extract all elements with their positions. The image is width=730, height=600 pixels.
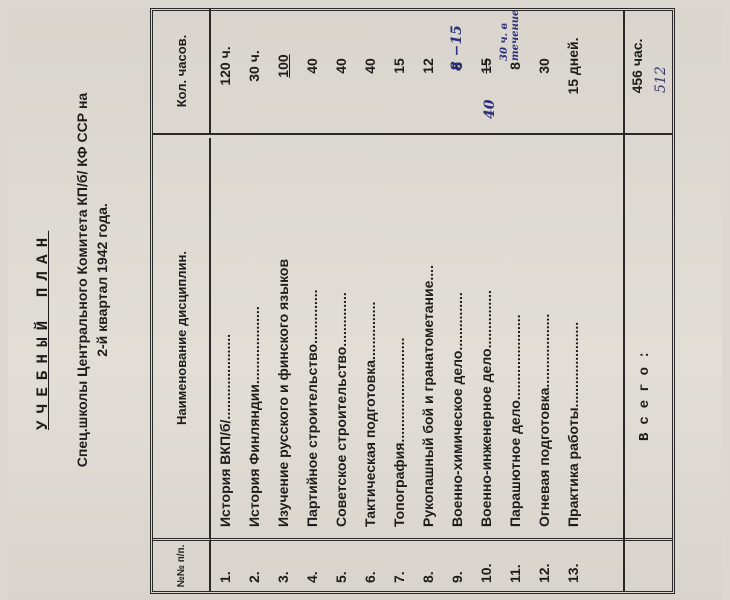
table-row: 6.Тактическая подготовка...............4… <box>362 11 391 591</box>
discipline-name: Парашютное дело...................... <box>507 147 523 527</box>
table-row: 1.История ВКП/б/......................12… <box>217 11 246 591</box>
discipline-name: Военно-химическое дело............... <box>449 147 465 527</box>
row-number: 5. <box>333 545 349 583</box>
discipline-name: Топография........................... <box>391 147 407 527</box>
handwritten-note: 8 −15 <box>449 25 465 71</box>
row-number: 12. <box>536 545 552 583</box>
row-number: 7. <box>391 545 407 583</box>
table-row: 3.Изучение русского и финского языков100 <box>275 11 304 591</box>
discipline-name: Военно-инженерное дело............... <box>478 147 494 527</box>
hours-value: 40 <box>362 11 378 121</box>
hours-value: 100 <box>275 11 291 121</box>
total-value: 456 час. <box>629 11 645 121</box>
hours-value: 40 <box>333 11 349 121</box>
row-number: 1. <box>217 545 233 583</box>
header-number: №№ п/п. <box>153 538 211 591</box>
row-number: 3. <box>275 545 291 583</box>
hours-value: 12 <box>420 11 436 121</box>
table-row: 10.Военно-инженерное дело...............… <box>478 11 507 591</box>
hours-value: 120 ч. <box>217 11 233 121</box>
discipline-name: Советское строительство.............. <box>333 147 349 527</box>
discipline-name: Тактическая подготовка............... <box>362 147 378 527</box>
row-number: 10. <box>478 545 494 583</box>
row-number: 13. <box>565 545 581 583</box>
curriculum-table: №№ п/п. Наименование дисциплин. Кол. час… <box>150 8 675 594</box>
discipline-name: Партийное строительство.............. <box>304 147 320 527</box>
row-number: 8. <box>420 545 436 583</box>
total-divider <box>623 11 625 591</box>
table-body: 1.История ВКП/б/......................12… <box>217 11 594 591</box>
total-handwritten: 512 <box>653 66 669 93</box>
table-row: 4.Партийное строительство..............4… <box>304 11 333 591</box>
hours-value: 40 <box>304 11 320 121</box>
discipline-name: Рукопашный бой и гранатометание.... <box>420 147 436 527</box>
table-row: 9.Военно-химическое дело...............8… <box>449 11 478 591</box>
row-number: 6. <box>362 545 378 583</box>
row-number: 9. <box>449 545 465 583</box>
header-hours: Кол. часов. <box>153 9 211 135</box>
discipline-name: Огневая подготовка................... <box>536 147 552 527</box>
row-number: 11. <box>507 545 523 583</box>
discipline-name: История ВКП/б/...................... <box>217 147 233 527</box>
discipline-name: Практика работы...................... <box>565 147 581 527</box>
handwritten-note: 40 <box>482 100 498 119</box>
document-page: УЧЕБНЫЙ ПЛАН Спец.школы Центрального Ком… <box>0 0 730 600</box>
document-title: УЧЕБНЫЙ ПЛАН <box>34 231 52 430</box>
header-discipline: Наименование дисциплин. <box>153 138 211 538</box>
hours-value: 15 дней. <box>565 11 581 121</box>
total-label: Всего: <box>637 343 653 441</box>
table-row: 2.История Финляндии....................3… <box>246 11 275 591</box>
row-number: 4. <box>304 545 320 583</box>
table-row: 11.Парашютное дело......................… <box>507 11 536 591</box>
document-subtitle: Спец.школы Центрального Комитета КП/б/ К… <box>72 20 112 540</box>
hours-value: 15 <box>391 11 407 121</box>
table-row: 7.Топография...........................1… <box>391 11 420 591</box>
hours-value: 30 <box>536 11 552 121</box>
table-row: 13.Практика работы......................… <box>565 11 594 591</box>
discipline-name: Изучение русского и финского языков <box>275 147 291 527</box>
table-row: 5.Советское строительство..............4… <box>333 11 362 591</box>
row-number: 2. <box>246 545 262 583</box>
table-row: 12.Огневая подготовка...................… <box>536 11 565 591</box>
subtitle-line-1: Спец.школы Центрального Комитета КП/б/ К… <box>72 20 92 540</box>
table-row: 8.Рукопашный бой и гранатометание....12 <box>420 11 449 591</box>
handwritten-note: 30 ч. в течение <box>499 10 521 61</box>
subtitle-line-2: 2-й квартал 1942 года. <box>92 20 112 540</box>
hours-value: 30 ч. <box>246 11 262 121</box>
discipline-name: История Финляндии.................... <box>246 147 262 527</box>
